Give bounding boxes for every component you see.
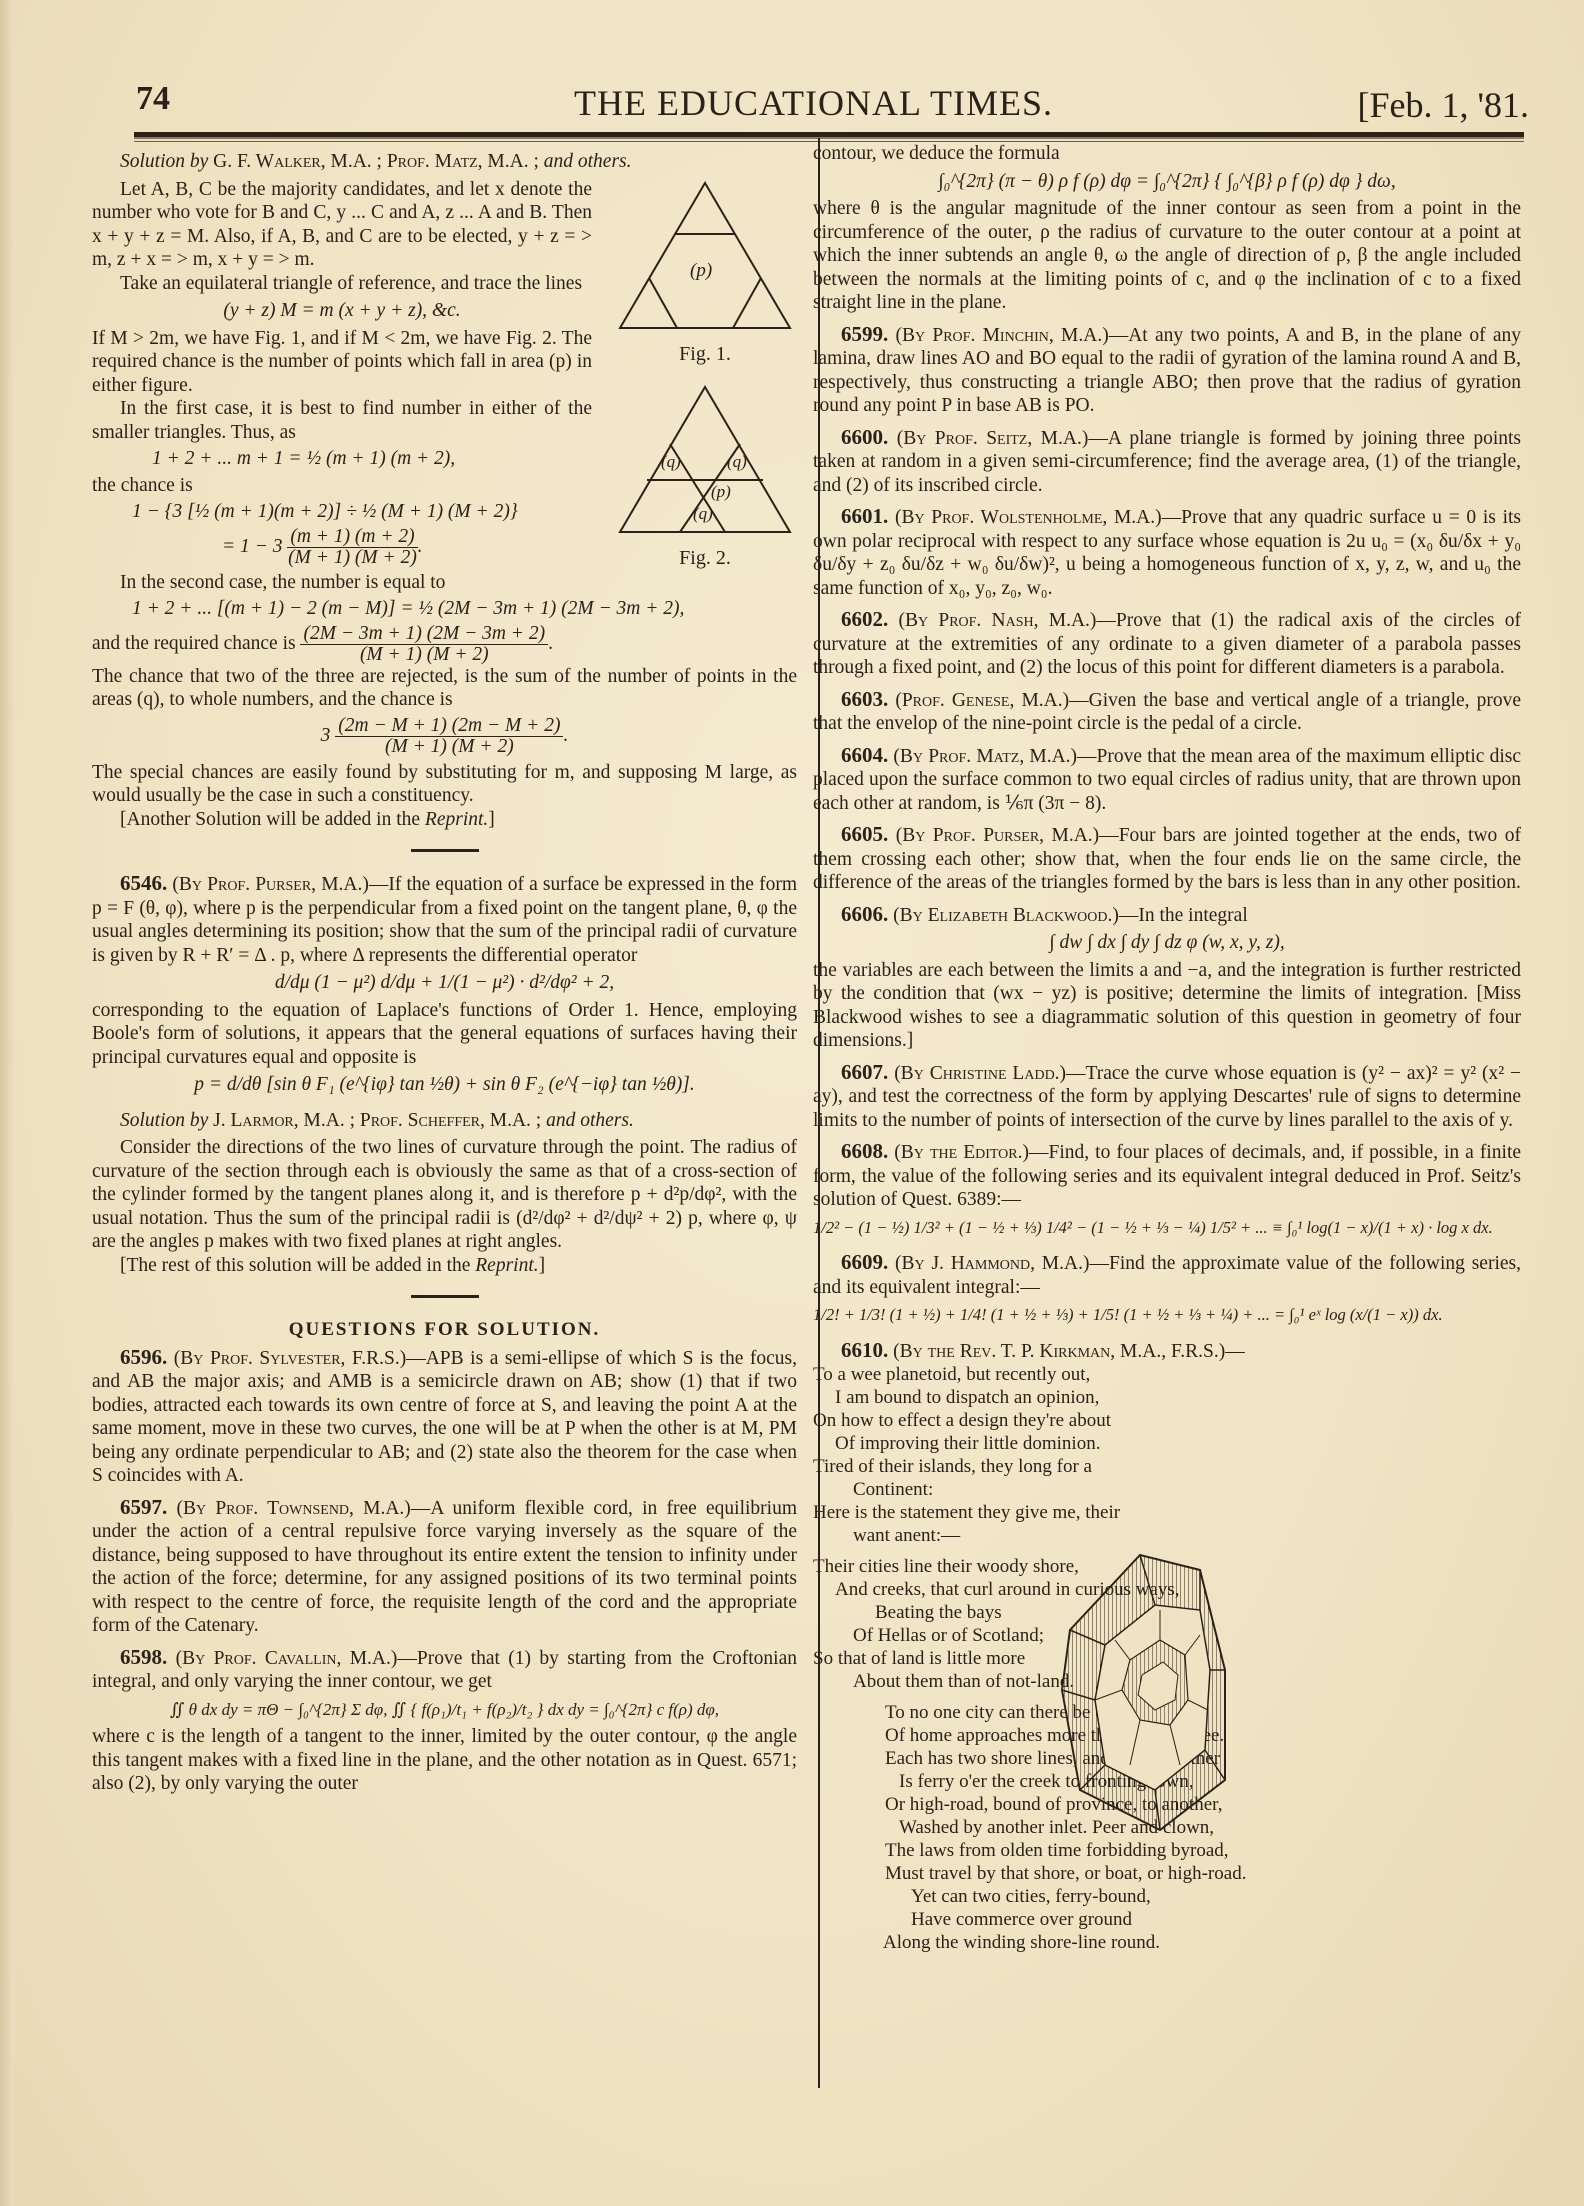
solution-paragraph: The special chances are easily found by …	[92, 761, 797, 808]
section-heading: QUESTIONS FOR SOLUTION.	[92, 1318, 797, 1342]
solution-paragraph: the chance is	[92, 474, 592, 498]
poem-line: want anent:—	[813, 1524, 1521, 1547]
section-separator	[411, 849, 479, 852]
question-6599: 6599. (By Prof. Minchin, M.A.)—At any tw…	[813, 323, 1521, 418]
area-label-p: (p)	[711, 482, 731, 502]
question-6546: 6546. (By Prof. Purser, M.A.)—If the equ…	[92, 872, 797, 967]
equation: 1/2! + 1/3! (1 + ½) + 1/4! (1 + ½ + ⅓) +…	[813, 1303, 1521, 1327]
poem-line: The laws from olden time forbidding byro…	[813, 1839, 1521, 1862]
editorial-note: [Another Solution will be added in the R…	[92, 808, 797, 832]
editorial-note: [The rest of this solution will be added…	[92, 1254, 797, 1278]
fraction: (m + 1) (m + 2) (M + 1) (M + 2)	[287, 527, 417, 568]
solution-paragraph: In the first case, it is best to find nu…	[92, 397, 592, 444]
question-6598: 6598. (By Prof. Cavallin, M.A.)—Prove th…	[92, 1646, 797, 1694]
solution-paragraph: Consider the directions of the two lines…	[92, 1136, 797, 1254]
issue-date: [Feb. 1, '81.	[1358, 84, 1529, 126]
equation: p = d/dθ [sin θ F₁ (e^{iφ} tan ½θ) + sin…	[92, 1073, 797, 1097]
question-paragraph: where c is the length of a tangent to th…	[92, 1725, 797, 1796]
equation: ∫₀^{2π} (π − θ) ρ f (ρ) dφ = ∫₀^{2π} { ∫…	[813, 170, 1521, 194]
poem-line: Must travel by that shore, or boat, or h…	[813, 1862, 1521, 1885]
equation: 1 + 2 + ... [(m + 1) − 2 (m − M)] = ½ (2…	[92, 597, 797, 621]
solution-paragraph: Take an equilateral triangle of referenc…	[92, 272, 592, 296]
equation: 1 − {3 [½ (m + 1)(m + 2)] ÷ ½ (M + 1) (M…	[92, 500, 592, 524]
area-label-q: (q)	[727, 452, 747, 472]
solution-paragraph: In the second case, the number is equal …	[92, 571, 797, 595]
area-label-q: (q)	[693, 504, 713, 524]
equation: d/dμ (1 − μ²) d/dμ + 1/(1 − μ²) · d²/dφ²…	[92, 971, 797, 995]
fraction: (2m − M + 1) (2m − M + 2) (M + 1) (M + 2…	[335, 716, 563, 757]
equation: 3 (2m − M + 1) (2m − M + 2) (M + 1) (M +…	[92, 716, 797, 757]
poem-line: Have commerce over ground	[813, 1908, 1521, 1931]
question-6608: 6608. (By the Editor.)—Find, to four pla…	[813, 1140, 1521, 1212]
masthead-title: THE EDUCATIONAL TIMES.	[574, 82, 1053, 124]
poem-line: Yet can two cities, ferry-bound,	[813, 1885, 1521, 1908]
question-6605: 6605. (By Prof. Purser, M.A.)—Four bars …	[813, 823, 1521, 895]
solution-paragraph: The chance that two of the three are rej…	[92, 665, 797, 712]
solution-byline: Solution by G. F. Walker, M.A. ; Prof. M…	[92, 150, 797, 174]
question-6603: 6603. (Prof. Genese, M.A.)—Given the bas…	[813, 688, 1521, 736]
figure-caption: Fig. 2.	[615, 547, 795, 570]
equation: (y + z) M = m (x + y + z), &c.	[92, 299, 592, 323]
question-6607: 6607. (By Christine Ladd.)—Trace the cur…	[813, 1061, 1521, 1133]
section-separator	[411, 1295, 479, 1298]
figure-1: (p) Fig. 1.	[615, 178, 795, 366]
area-label-q: (q)	[661, 452, 681, 472]
question-6606: 6606. (By Elizabeth Blackwood.)—In the i…	[813, 903, 1521, 928]
newspaper-page: 74 THE EDUCATIONAL TIMES. [Feb. 1, '81. …	[0, 0, 1584, 2206]
poem-line: I am bound to dispatch an opinion,	[813, 1386, 1521, 1409]
poem-line: Continent:	[813, 1478, 1521, 1501]
solution-paragraph: Let A, B, C be the majority candidates, …	[92, 178, 592, 272]
question-6600: 6600. (By Prof. Seitz, M.A.)—A plane tri…	[813, 426, 1521, 498]
question-6610: 6610. (By the Rev. T. P. Kirkman, M.A., …	[813, 1339, 1521, 1364]
question-6597: 6597. (By Prof. Townsend, M.A.)—A unifor…	[92, 1496, 797, 1638]
poem-line: Here is the statement they give me, thei…	[813, 1501, 1521, 1524]
figure-caption: Fig. 1.	[615, 343, 795, 366]
fraction: (2M − 3m + 1) (2M − 3m + 2) (M + 1) (M +…	[300, 624, 548, 665]
figure-2: (q) (q) (p) (q) Fig. 2.	[615, 382, 795, 570]
polyhedron-diagram-icon	[1060, 1550, 1325, 1840]
question-6604: 6604. (By Prof. Matz, M.A.)—Prove that t…	[813, 744, 1521, 816]
equation: ∬ θ dx dy = πΘ − ∫₀^{2π} Σ dφ, ∬ { f(ρ₁)…	[92, 1698, 797, 1722]
poem-line: To a wee planetoid, but recently out,	[813, 1363, 1521, 1386]
solution-paragraph: If M > 2m, we have Fig. 1, and if M < 2m…	[92, 327, 592, 398]
solution-byline: Solution by J. Larmor, M.A. ; Prof. Sche…	[92, 1109, 797, 1133]
solution-paragraph: and the required chance is (2M − 3m + 1)…	[92, 624, 797, 665]
continuation-paragraph: contour, we deduce the formula	[813, 142, 1521, 166]
poem-line: Of improving their little dominion.	[813, 1432, 1521, 1455]
poem-line: On how to effect a design they're about	[813, 1409, 1521, 1432]
poem-line: Tired of their islands, they long for a	[813, 1455, 1521, 1478]
equation: 1 + 2 + ... m + 1 = ½ (m + 1) (m + 2),	[92, 447, 592, 471]
question-6602: 6602. (By Prof. Nash, M.A.)—Prove that (…	[813, 608, 1521, 680]
page-number: 74	[136, 80, 170, 118]
question-6596: 6596. (By Prof. Sylvester, F.R.S.)—APB i…	[92, 1346, 797, 1488]
poem-line: Along the winding shore-line round.	[813, 1931, 1521, 1954]
equation: ∫ dw ∫ dx ∫ dy ∫ dz φ (w, x, y, z),	[813, 931, 1521, 955]
triangle-diagram-icon	[615, 178, 795, 338]
question-6609: 6609. (By J. Hammond, M.A.)—Find the app…	[813, 1251, 1521, 1299]
question-paragraph: corresponding to the equation of Laplace…	[92, 999, 797, 1070]
page-header: 74 THE EDUCATIONAL TIMES. [Feb. 1, '81.	[134, 78, 1529, 130]
page-binding-edge	[0, 0, 14, 2206]
polyhedron-figure	[1060, 1550, 1325, 1840]
area-label-p: (p)	[690, 260, 712, 282]
continuation-paragraph: where θ is the angular magnitude of the …	[813, 197, 1521, 315]
question-6601: 6601. (By Prof. Wolstenholme, M.A.)—Prov…	[813, 505, 1521, 600]
equation: = 1 − 3 (m + 1) (m + 2) (M + 1) (M + 2) …	[92, 527, 592, 568]
equation: 1/2² − (1 − ½) 1/3² + (1 − ½ + ⅓) 1/4² −…	[813, 1216, 1521, 1240]
question-paragraph: the variables are each between the limit…	[813, 959, 1521, 1053]
